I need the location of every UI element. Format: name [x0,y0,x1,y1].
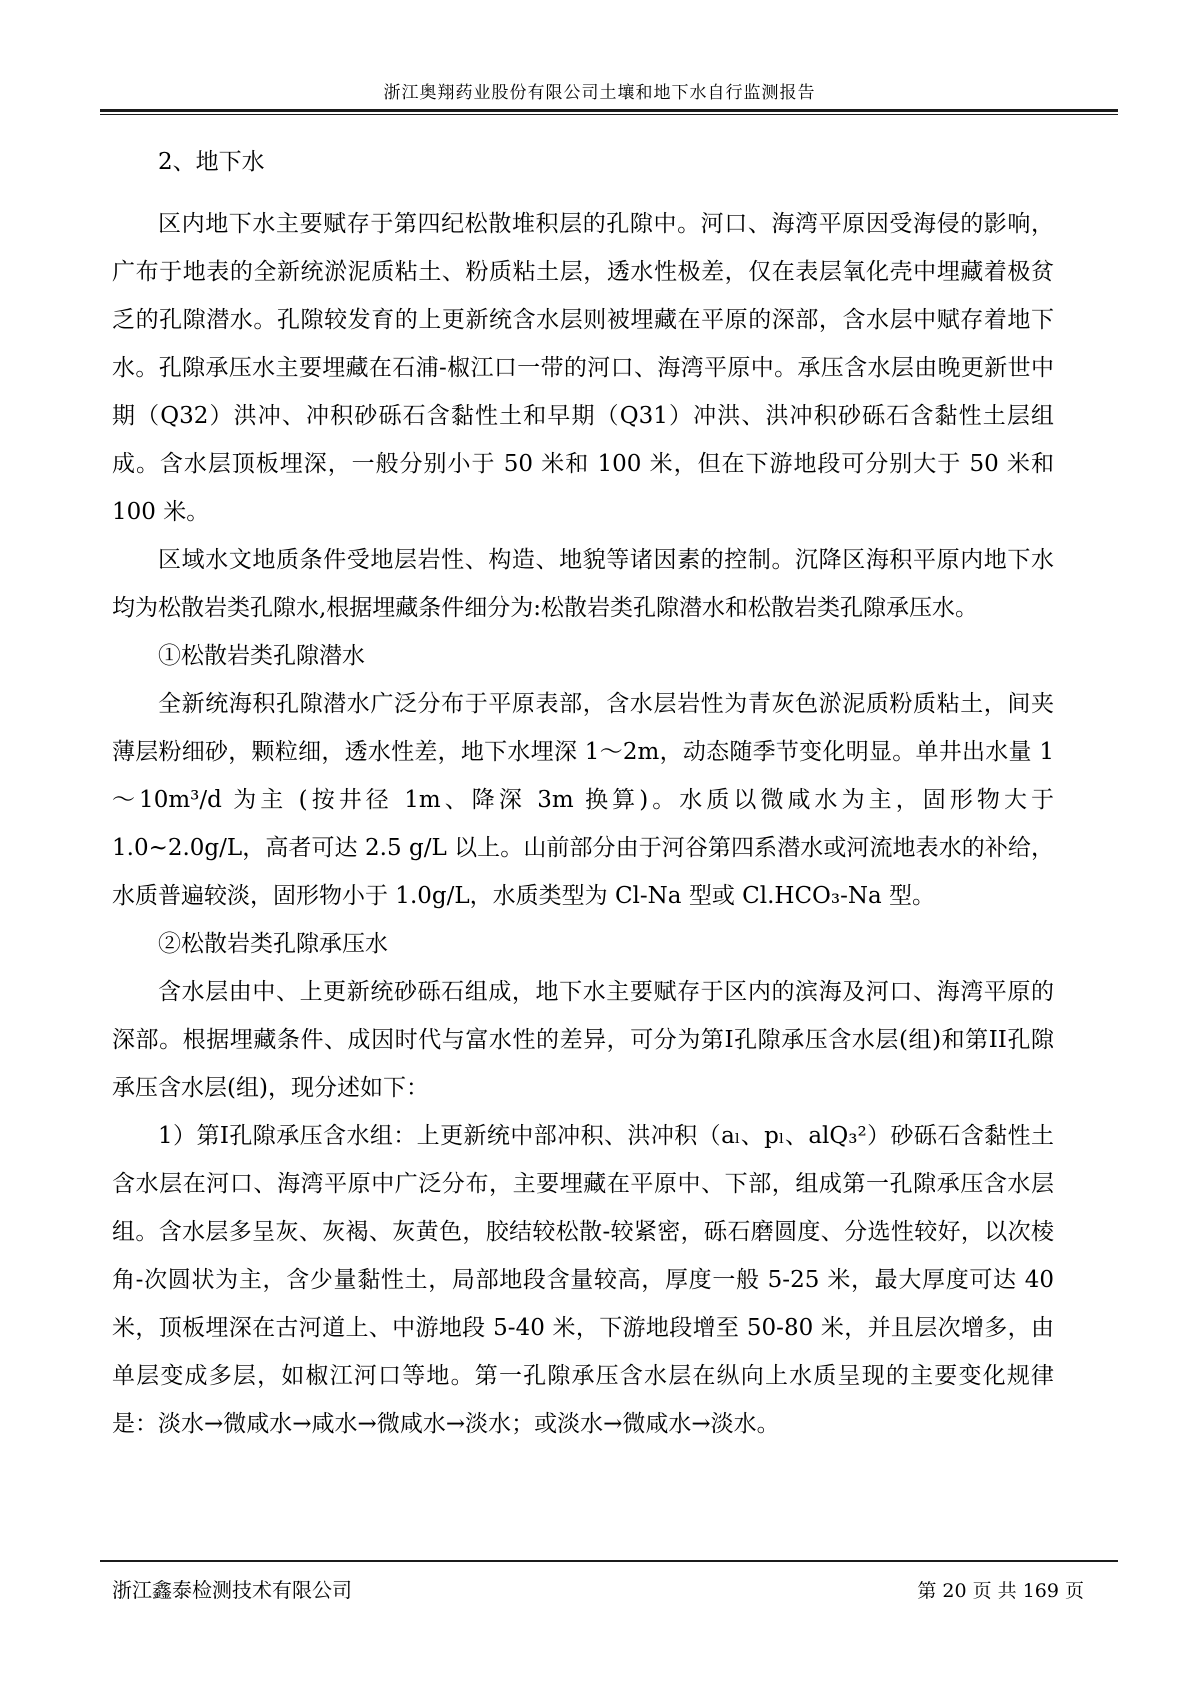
subheading-phreatic-water: ①松散岩类孔隙潜水 [112,632,1054,680]
footer-rule [100,1560,1118,1562]
page-footer: 浙江鑫泰检测技术有限公司 第 20 页 共 169 页 [112,1574,1084,1603]
section-heading-groundwater: 2、地下水 [112,138,1054,186]
document-body: 2、地下水 区内地下水主要赋存于第四纪松散堆积层的孔隙中。河口、海湾平原因受海侵… [112,138,1054,1448]
header-title: 浙江奥翔药业股份有限公司土壤和地下水自行监测报告 [0,78,1199,103]
footer-page-number: 第 20 页 共 169 页 [917,1576,1084,1603]
paragraph-groundwater-overview: 区内地下水主要赋存于第四纪松散堆积层的孔隙中。河口、海湾平原因受海侵的影响，广布… [112,200,1054,536]
document-page: 浙江奥翔药业股份有限公司土壤和地下水自行监测报告 2、地下水 区内地下水主要赋存… [0,0,1199,1696]
paragraph-confined-water-intro: 含水层由中、上更新统砂砾石组成，地下水主要赋存于区内的滨海及河口、海湾平原的深部… [112,968,1054,1112]
subheading-confined-water: ②松散岩类孔隙承压水 [112,920,1054,968]
paragraph-first-confined-aquifer: 1）第I孔隙承压含水组：上更新统中部冲积、洪冲积（aₗ、pₗ、alQ₃²）砂砾石… [112,1112,1054,1448]
paragraph-phreatic-water-detail: 全新统海积孔隙潜水广泛分布于平原表部，含水层岩性为青灰色淤泥质粉质粘土，间夹薄层… [112,680,1054,920]
footer-company: 浙江鑫泰检测技术有限公司 [112,1574,352,1603]
paragraph-hydrogeology-conditions: 区域水文地质条件受地层岩性、构造、地貌等诸因素的控制。沉降区海积平原内地下水均为… [112,536,1054,632]
header-rule [100,109,1118,115]
